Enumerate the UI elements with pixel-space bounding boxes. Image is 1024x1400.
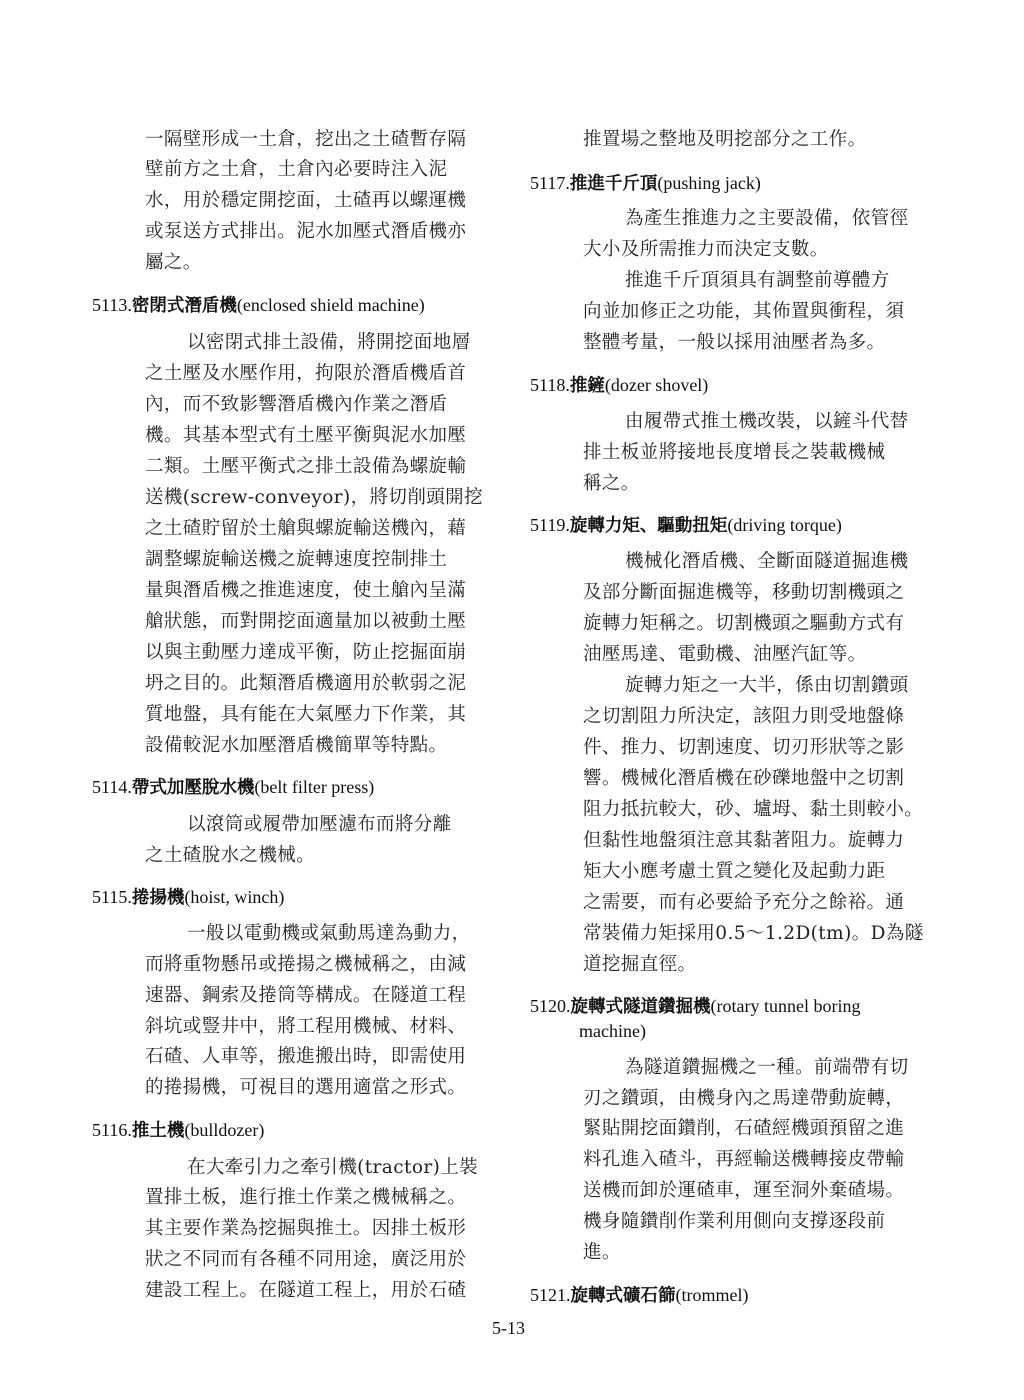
text-line: 量與潛盾機之推進速度，使土艙內呈滿 (145, 579, 466, 603)
text-line: 的捲揚機，可視目的選用適當之形式。 (145, 1076, 466, 1100)
text-line: 油壓馬達、電動機、油壓汽缸等。 (583, 643, 867, 667)
text-line: 料孔進入碴斗，再經輸送機轉接皮帶輸 (583, 1148, 904, 1172)
text-line: 之需要，而有必要給予充分之餘裕。通 (583, 891, 904, 915)
text-line: 常裝備力矩採用0.5～1.2D(tm)。D為隧 (583, 922, 924, 946)
text-line: 一般以電動機或氣動馬達為動力， (187, 922, 471, 946)
text-line: 為隧道鑽掘機之一種。前端帶有切 (625, 1056, 909, 1080)
entry-term-zh: 推土機 (132, 1121, 185, 1141)
entry-number: 5121. (530, 1285, 571, 1305)
text-line: 二類。土壓平衡式之排土設備為螺旋輸 (145, 455, 466, 479)
text-line: 旋轉力矩稱之。切割機頭之驅動方式有 (583, 612, 904, 636)
entry-term-en: (bulldozer) (184, 1120, 264, 1140)
text-line: 排土板並將接地長度增長之裝載機械 (583, 441, 885, 465)
text-line: 為產生推進力之主要設備，依管徑 (625, 207, 909, 231)
text-line: 而將重物懸吊或捲揚之機械稱之，由減 (145, 953, 466, 977)
text-line: 斜坑或豎井中，將工程用機械、材料、 (145, 1015, 466, 1039)
page-number: 5-13 (492, 1318, 525, 1339)
entry-number: 5115. (92, 887, 132, 907)
entry-number: 5113. (92, 295, 132, 315)
text-line: 艙狀態，而對開挖面適量加以被動土壓 (145, 610, 466, 634)
entry-term-zh: 旋轉力矩、驅動扭矩 (570, 516, 728, 536)
text-line: 調整螺旋輸送機之旋轉速度控制排土 (145, 548, 447, 572)
text-line: 其主要作業為挖掘與推土。因排土板形 (145, 1217, 466, 1241)
entry-heading-5116: 5116.推土機(bulldozer) (92, 1118, 264, 1143)
entry-number: 5118. (530, 375, 570, 395)
entry-term-zh: 密閉式潛盾機 (132, 296, 237, 316)
text-line: 送機而卸於運碴車，運至洞外棄碴場。 (583, 1179, 904, 1203)
text-line: 推置場之整地及明挖部分之工作。 (583, 128, 867, 152)
entry-number: 5114. (92, 777, 132, 797)
text-line: 屬之。 (145, 251, 202, 275)
text-line: 石碴、人車等，搬進搬出時，即需使用 (145, 1045, 466, 1069)
text-line: 稱之。 (583, 472, 640, 496)
text-line: 進。 (583, 1241, 621, 1265)
text-line: 坍之目的。此類潛盾機適用於軟弱之泥 (145, 672, 466, 696)
text-line: 水，用於穩定開挖面，土碴再以螺運機 (145, 189, 466, 213)
text-line: 設備較泥水加壓潛盾機簡單等特點。 (145, 734, 447, 758)
entry-term-zh: 推鏟 (570, 376, 605, 396)
text-line: 但黏性地盤須注意其黏著阻力。旋轉力 (583, 829, 904, 853)
text-line: 一隔壁形成一土倉，挖出之土碴暫存隔 (145, 128, 466, 152)
entry-term-zh: 推進千斤頂 (570, 174, 658, 194)
entry-heading-5113: 5113.密閉式潛盾機(enclosed shield machine) (92, 293, 425, 318)
entry-term-en: (dozer shovel) (605, 375, 708, 395)
text-line: 質地盤，具有能在大氣壓力下作業，其 (145, 703, 466, 727)
text-line: 送機(screw-conveyor)，將切削頭開挖 (145, 486, 483, 510)
entry-term-zh: 旋轉式礦石篩 (571, 1286, 676, 1306)
text-line: 之土碴貯留於土艙與螺旋輸送機內，藉 (145, 517, 466, 541)
text-line: 道挖掘直徑。 (583, 953, 696, 977)
entry-heading-5119: 5119.旋轉力矩、驅動扭矩(driving torque) (530, 513, 842, 538)
text-line: 之切割阻力所決定，該阻力則受地盤條 (583, 705, 904, 729)
entry-number: 5116. (92, 1120, 132, 1140)
text-line: 件、推力、切割速度、切刃形狀等之影 (583, 736, 904, 760)
text-line: 機身隨鑽削作業利用側向支撐逐段前 (583, 1210, 885, 1234)
entry-heading-5120: 5120.旋轉式隧道鑽掘機(rotary tunnel boring (530, 994, 860, 1019)
entry-term-zh: 旋轉式隧道鑽掘機 (571, 997, 711, 1017)
text-line: 速器、鋼索及捲筒等構成。在隧道工程 (145, 984, 466, 1008)
entry-heading-5115: 5115.捲揚機(hoist, winch) (92, 885, 284, 910)
text-line: 在大牽引力之牽引機(tractor)上裝 (187, 1156, 478, 1180)
text-line: 以與主動壓力達成平衡，防止挖掘面崩 (145, 641, 466, 665)
text-line: 機械化潛盾機、全斷面隧道掘進機 (625, 550, 909, 574)
entry-term-en: (enclosed shield machine) (237, 295, 425, 315)
text-line: 狀之不同而有各種不同用途，廣泛用於 (145, 1248, 466, 1272)
entry-term-en-continued: machine) (579, 1019, 646, 1044)
text-line: 推進千斤頂須具有調整前導體方 (625, 269, 890, 293)
text-line: 大小及所需推力而決定支數。 (583, 238, 829, 262)
entry-heading-5121: 5121.旋轉式礦石篩(trommel) (530, 1283, 748, 1308)
text-line: 由履帶式推土機改裝，以鏟斗代替 (625, 410, 909, 434)
entry-number: 5120. (530, 996, 571, 1016)
entry-term-zh: 帶式加壓脫水機 (132, 778, 255, 798)
entry-term-en: (driving torque) (727, 515, 841, 535)
text-line: 向並加修正之功能，其佈置與衝程，須 (583, 300, 904, 324)
text-line: 響。機械化潛盾機在砂礫地盤中之切割 (583, 767, 904, 791)
text-line: 壁前方之土倉，土倉內必要時注入泥 (145, 158, 447, 182)
entry-heading-5117: 5117.推進千斤頂(pushing jack) (530, 171, 761, 196)
text-line: 置排土板，進行推土作業之機械稱之。 (145, 1186, 466, 1210)
entry-heading-5114: 5114.帶式加壓脫水機(belt filter press) (92, 775, 374, 800)
text-line: 內，而不致影響潛盾機內作業之潛盾 (145, 393, 447, 417)
entry-number: 5119. (530, 515, 570, 535)
text-line: 阻力抵抗較大，砂、壚坶、黏土則較小。 (583, 798, 923, 822)
entry-number: 5117. (530, 173, 570, 193)
entry-term-en: (hoist, winch) (184, 887, 284, 907)
text-line: 以密閉式排土設備，將開挖面地層 (187, 331, 471, 355)
text-line: 緊貼開挖面鑽削，石碴經機頭預留之進 (583, 1117, 904, 1141)
text-line: 之土碴脫水之機械。 (145, 844, 315, 868)
entry-term-en: machine) (579, 1021, 646, 1041)
text-line: 及部分斷面掘進機等，移動切割機頭之 (583, 581, 904, 605)
text-line: 刃之鑽頭，由機身內之馬達帶動旋轉， (583, 1087, 904, 1111)
entry-term-en: (belt filter press) (254, 777, 374, 797)
text-line: 建設工程上。在隧道工程上，用於石碴 (145, 1279, 466, 1303)
entry-term-en: (pushing jack) (657, 173, 760, 193)
entry-term-en: (rotary tunnel boring (711, 996, 861, 1016)
entry-term-en: (trommel) (676, 1285, 749, 1305)
text-line: 以滾筒或履帶加壓濾布而將分離 (187, 813, 452, 837)
entry-term-zh: 捲揚機 (132, 888, 185, 908)
text-line: 旋轉力矩之一大半，係由切割鑽頭 (625, 674, 909, 698)
text-line: 矩大小應考慮土質之變化及起動力距 (583, 860, 885, 884)
text-line: 機。其基本型式有土壓平衡與泥水加壓 (145, 424, 466, 448)
text-line: 整體考量，一般以採用油壓者為多。 (583, 331, 885, 355)
text-line: 之土壓及水壓作用，拘限於潛盾機盾首 (145, 362, 466, 386)
text-line: 或泵送方式排出。泥水加壓式潛盾機亦 (145, 220, 466, 244)
entry-heading-5118: 5118.推鏟(dozer shovel) (530, 373, 708, 398)
